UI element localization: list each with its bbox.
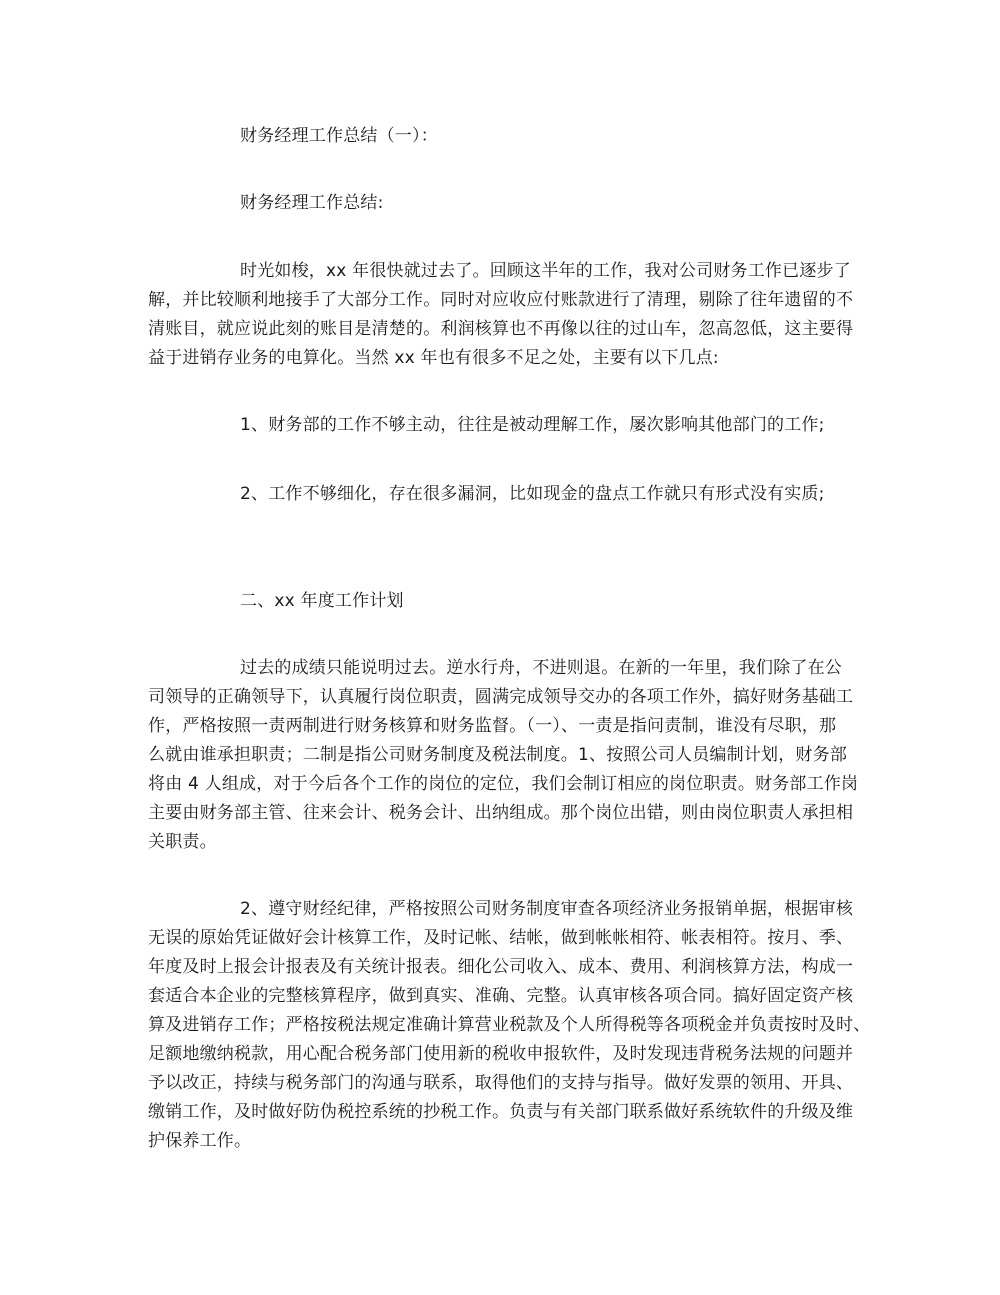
paragraph-line: 无误的原始凭证做好会计核算工作，及时记帐、结帐，做到帐帐相符、帐表相符。按月、季…: [148, 927, 853, 949]
paragraph-line: 2、遵守财经纪律，严格按照公司财务制度审查各项经济业务报销单据，根据审核: [240, 898, 853, 920]
paragraph-line: 足额地缴纳税款，用心配合税务部门使用新的税收申报软件，及时发现违背税务法规的问题…: [148, 1043, 853, 1065]
paragraph-line: 解，并比较顺利地接手了大部分工作。同时对应收应付账款进行了清理，剔除了往年遗留的…: [148, 289, 853, 311]
list-item: 1、财务部的工作不够主动，往往是被动理解工作，屡次影响其他部门的工作;: [240, 414, 825, 436]
paragraph-line: 将由 4 人组成，对于今后各个工作的岗位的定位，我们会制订相应的岗位职责。财务部…: [148, 773, 858, 795]
paragraph-line: 缴销工作，及时做好防伪税控系统的抄税工作。负责与有关部门联系做好系统软件的升级及…: [148, 1101, 853, 1123]
paragraph-line: 予以改正，持续与税务部门的沟通与联系，取得他们的支持与指导。做好发票的领用、开具…: [148, 1072, 853, 1094]
paragraph-line: 主要由财务部主管、往来会计、税务会计、出纳组成。那个岗位出错，则由岗位职责人承担…: [148, 802, 853, 824]
list-item: 2、工作不够细化，存在很多漏洞，比如现金的盘点工作就只有形式没有实质;: [240, 483, 825, 505]
document-page: 财务经理工作总结（一）： 财务经理工作总结: 时光如梭，xx 年很快就过去了。回…: [0, 0, 1000, 1295]
document-subtitle: 财务经理工作总结:: [240, 192, 384, 214]
paragraph-line: 关职责。: [148, 831, 217, 853]
section-heading: 二、xx 年度工作计划: [240, 590, 404, 612]
paragraph-line: 司领导的正确领导下，认真履行岗位职责，圆满完成领导交办的各项工作外，搞好财务基础…: [148, 686, 853, 708]
paragraph-line: 时光如梭，xx 年很快就过去了。回顾这半年的工作，我对公司财务工作已逐步了: [240, 260, 851, 282]
paragraph-line: 护保养工作。: [148, 1130, 251, 1152]
paragraph-line: 过去的成绩只能说明过去。逆水行舟，不进则退。在新的一年里，我们除了在公: [240, 657, 842, 679]
paragraph-line: 么就由谁承担职责；二制是指公司财务制度及税法制度。1、按照公司人员编制计划，财务…: [148, 744, 847, 766]
paragraph-line: 年度及时上报会计报表及有关统计报表。细化公司收入、成本、费用、利润核算方法，构成…: [148, 956, 853, 978]
paragraph-line: 算及进销存工作；严格按税法规定准确计算营业税款及个人所得税等各项税金并负责按时及…: [148, 1014, 870, 1036]
paragraph-line: 套适合本企业的完整核算程序，做到真实、准确、完整。认真审核各项合同。搞好固定资产…: [148, 985, 853, 1007]
paragraph-line: 作，严格按照一责两制进行财务核算和财务监督。（一）、一责是指问责制，谁没有尽职，…: [148, 715, 836, 737]
document-title: 财务经理工作总结（一）：: [240, 125, 438, 147]
paragraph-line: 清账目，就应说此刻的账目是清楚的。利润核算也不再像以往的过山车，忽高忽低，这主要…: [148, 318, 853, 340]
paragraph-line: 益于进销存业务的电算化。当然 xx 年也有很多不足之处，主要有以下几点:: [148, 347, 719, 369]
